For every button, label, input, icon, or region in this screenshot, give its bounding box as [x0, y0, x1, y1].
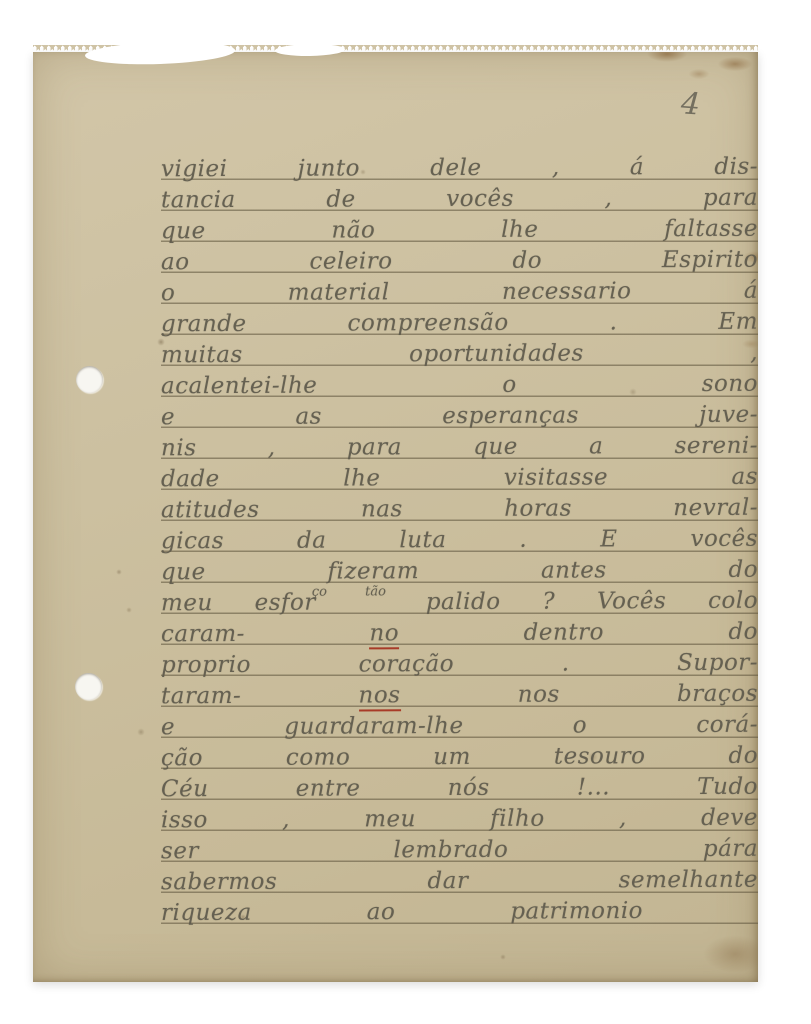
handwritten-word: Supor-	[677, 650, 758, 676]
handwritten-word: .	[610, 309, 618, 335]
manuscript-paper: 4 vigiei junto dele , á dis-tancia de vo…	[33, 52, 758, 982]
handwritten-word: á	[744, 278, 758, 304]
manuscript-line: gicas da luta . E vocês	[161, 524, 758, 559]
handwritten-word: ,	[604, 185, 612, 211]
handwritten-word: nevral-	[673, 495, 758, 521]
handwritten-word: a	[589, 433, 603, 459]
manuscript-line: grande compreensão . Em	[161, 307, 758, 342]
handwritten-word: nas	[361, 496, 403, 522]
handwritten-word: do	[728, 619, 758, 645]
handwritten-word: dele	[430, 155, 481, 181]
handwritten-word: ao	[367, 899, 396, 925]
handwritten-word: coração	[359, 651, 455, 677]
handwritten-word: grande	[161, 311, 247, 337]
handwritten-word: do	[728, 557, 758, 583]
manuscript-line: sabermos dar semelhante	[161, 865, 758, 900]
handwritten-word: tancia	[161, 187, 236, 213]
handwritten-word: guardaram-lhe	[284, 713, 463, 740]
handwritten-word: e	[161, 714, 175, 740]
handwritten-word: taram-	[161, 683, 241, 709]
handwritten-word: Em	[718, 309, 758, 335]
handwritten-word: á	[630, 154, 644, 180]
manuscript-line: isso , meu filho , deve	[161, 803, 758, 838]
manuscript-line: muitas oportunidades ,	[161, 338, 758, 373]
punch-hole-top	[76, 366, 103, 393]
handwritten-word: E	[600, 526, 617, 552]
handwritten-word: semelhante	[619, 867, 759, 894]
manuscript-line: acalentei-lhe o sono	[161, 369, 758, 404]
handwritten-word: sereni-	[675, 433, 759, 459]
handwritten-word: caram-	[161, 621, 245, 647]
handwritten-word: junto	[298, 155, 360, 181]
manuscript-line: atitudes nas horas nevral-	[161, 493, 758, 528]
handwritten-word: .	[562, 651, 570, 677]
handwritten-word: braços	[677, 681, 758, 707]
handwritten-word: necessario	[502, 278, 632, 305]
handwritten-word: patrimonio	[510, 898, 643, 925]
handwritten-word: luta	[399, 527, 446, 553]
manuscript-line: Céu entre nós !... Tudo	[161, 772, 758, 807]
handwritten-word: dis-	[714, 154, 758, 180]
handwritten-word: que	[161, 218, 206, 244]
scanned-document-background: 4 vigiei junto dele , á dis-tancia de vo…	[0, 0, 811, 1024]
handwritten-word: que	[473, 434, 518, 460]
manuscript-line: caram- no dentro do	[161, 617, 758, 652]
handwritten-word: Espirito	[662, 247, 758, 273]
handwritten-word: riqueza	[161, 900, 252, 926]
handwritten-word: nos	[518, 682, 560, 708]
handwritten-word: juve-	[699, 402, 758, 428]
handwritten-word: e	[161, 404, 175, 430]
handwritten-word: que	[161, 559, 206, 585]
handwritten-word: pára	[703, 836, 758, 862]
handwritten-word: lembrado	[393, 837, 508, 864]
handwritten-word: celeiro	[309, 248, 392, 274]
handwritten-word: isso	[161, 807, 208, 833]
handwritten-word: as	[295, 404, 322, 430]
handwritten-word: o	[161, 280, 175, 306]
manuscript-line: ao celeiro do Espirito	[161, 245, 758, 280]
handwritten-word: proprio	[161, 652, 251, 678]
handwritten-word: um	[433, 744, 471, 770]
handwritten-word: sono	[702, 371, 758, 397]
handwritten-word: ,	[619, 805, 627, 831]
handwritten-word: meu	[364, 806, 416, 832]
handwritten-word: Vocês	[597, 588, 666, 614]
handwritten-word: dar	[427, 868, 468, 894]
handwritten-word: oportunidades	[409, 340, 584, 367]
manuscript-line: riqueza ao patrimonio	[161, 896, 643, 930]
handwritten-word: ção	[161, 745, 203, 771]
manuscript-line: vigiei junto dele , á dis-	[161, 152, 758, 187]
handwritten-word: o	[502, 372, 516, 398]
handwritten-word: para	[703, 185, 758, 211]
handwritten-word: filho	[490, 806, 545, 832]
handwritten-word: ser	[161, 838, 199, 864]
handwritten-word: esfor	[255, 590, 316, 616]
manuscript-line: que não lhe faltasse	[161, 214, 758, 249]
handwritten-word: colo	[708, 588, 758, 614]
handwritten-word: Céu	[161, 776, 209, 802]
handwritten-word: palido	[426, 589, 501, 615]
handwritten-word: fizeram	[327, 558, 419, 584]
handwritten-word: ,	[552, 155, 560, 181]
handwritten-word: antes	[541, 557, 607, 583]
handwritten-word: do	[728, 743, 758, 769]
handwritten-word: sabermos	[161, 869, 277, 896]
handwritten-word: acalentei-lhe	[161, 373, 317, 400]
handwritten-word: ,	[268, 435, 276, 461]
handwritten-word: da	[297, 528, 327, 554]
handwritten-word: faltasse	[664, 216, 758, 242]
manuscript-line: o material necessario á	[161, 276, 758, 311]
handwritten-word: atitudes	[161, 497, 260, 523]
manuscript-line: nis , para que a sereni-	[161, 431, 758, 466]
manuscript-line: e guardaram-lhe o corá-	[161, 710, 758, 745]
handwritten-word: muitas	[161, 342, 243, 368]
handwritten-word: dentro	[524, 619, 604, 645]
handwritten-word: nis	[161, 435, 197, 461]
handwritten-word: de	[326, 186, 355, 212]
handwritten-word: para	[347, 434, 402, 460]
red-underlined-word: nos	[358, 682, 400, 711]
handwritten-word: dade	[161, 466, 220, 492]
handwritten-word: vocês	[690, 526, 758, 552]
handwritten-word: meu	[161, 590, 213, 616]
handwritten-word: o	[573, 712, 587, 738]
manuscript-line: proprio coração . Supor-	[161, 648, 758, 683]
handwritten-word: ?	[542, 589, 555, 615]
interlinear-insertion: ço tão	[312, 584, 386, 599]
handwritten-word: compreensão	[347, 310, 508, 337]
handwritten-word: como	[286, 744, 351, 770]
handwritten-word: Tudo	[697, 774, 758, 800]
manuscript-line: e as esperanças juve-	[161, 400, 758, 435]
handwritten-word: as	[731, 464, 758, 490]
manuscript-line: dade lhe visitasse as	[161, 462, 758, 497]
handwritten-word: !...	[577, 774, 610, 800]
handwritten-word: nós	[448, 775, 490, 801]
manuscript-line: que fizeram antes do	[161, 555, 758, 590]
handwritten-word: não	[331, 217, 375, 243]
handwritten-word: horas	[504, 496, 572, 522]
handwritten-word: tesouro	[554, 743, 646, 769]
manuscript-line: taram- nos nos braços	[161, 679, 758, 714]
manuscript-line: ção como um tesouro do	[161, 741, 758, 776]
handwritten-word: ,	[282, 807, 290, 833]
handwritten-word: .	[519, 527, 527, 553]
handwritten-word: gicas	[161, 528, 224, 554]
punch-hole-bottom	[75, 673, 102, 700]
red-underlined-word: no	[369, 620, 399, 649]
handwritten-word: do	[512, 248, 542, 274]
handwritten-word: lhe	[343, 465, 380, 491]
handwritten-word: visitasse	[504, 464, 608, 490]
manuscript-line: ser lembrado pára	[161, 834, 758, 869]
manuscript-line: tancia de vocês , para	[161, 183, 758, 218]
handwritten-word: ao	[161, 249, 190, 275]
handwritten-word: esperanças	[442, 402, 579, 429]
handwritten-word: ,	[750, 340, 758, 366]
handwritten-word: vigiei	[161, 156, 228, 182]
manuscript-line: meu esforço tão palido ? Vocês colo	[161, 586, 758, 621]
handwritten-word: lhe	[501, 217, 538, 243]
handwritten-word: entre	[296, 775, 361, 801]
handwritten-word: corá-	[696, 712, 758, 738]
handwritten-word: vocês	[446, 186, 514, 212]
manuscript-lines: vigiei junto dele , á dis-tancia de você…	[161, 52, 761, 982]
handwritten-word: deve	[701, 805, 758, 831]
handwritten-word: material	[288, 279, 390, 305]
